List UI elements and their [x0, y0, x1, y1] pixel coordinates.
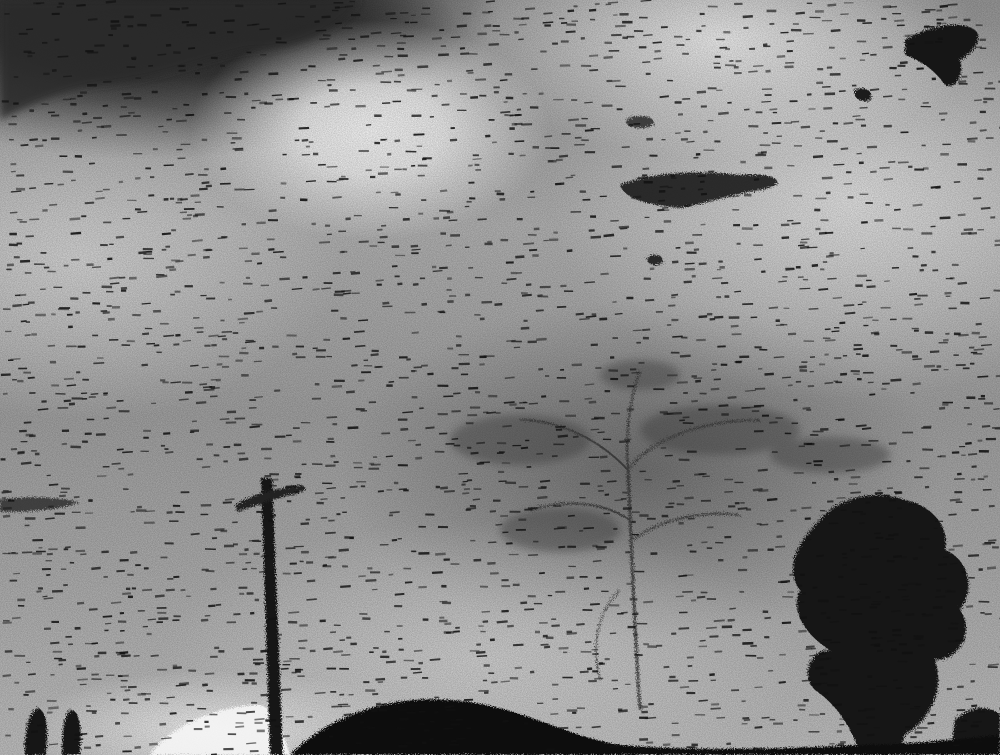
photograph — [0, 0, 1000, 755]
scene-shapes — [0, 0, 1000, 755]
